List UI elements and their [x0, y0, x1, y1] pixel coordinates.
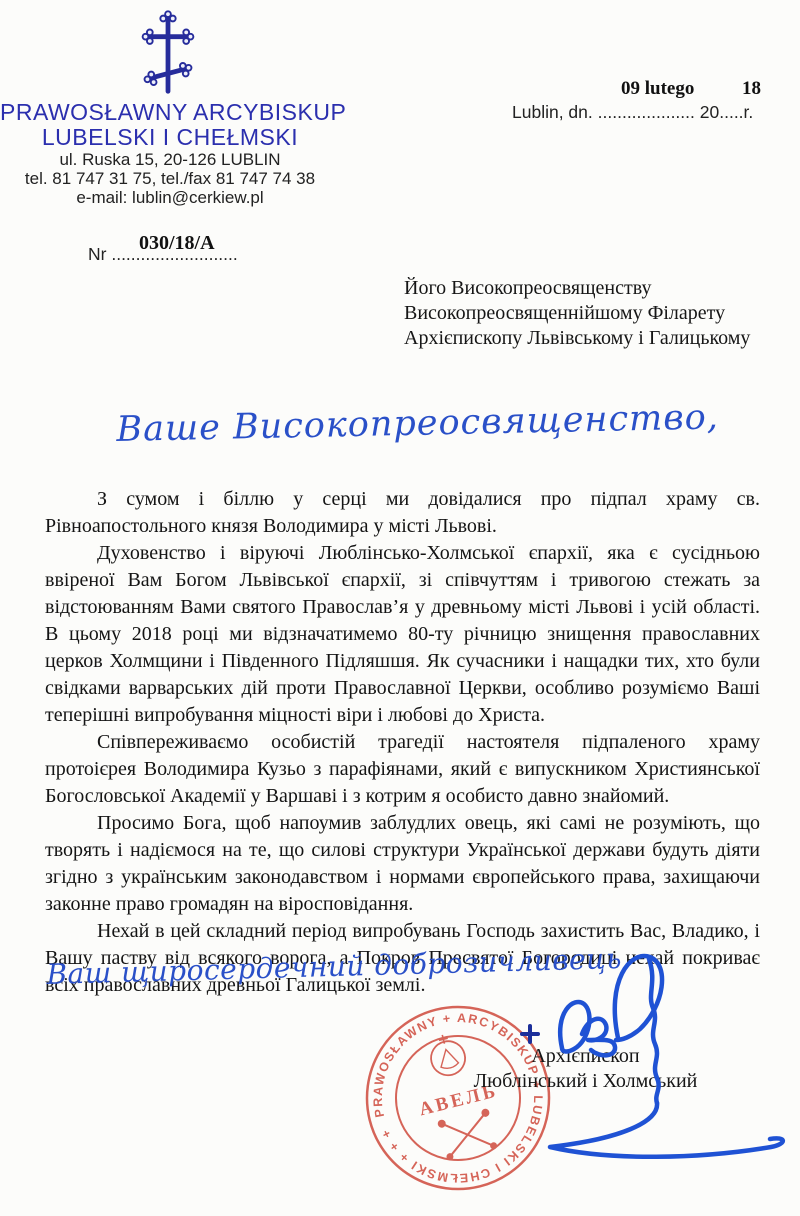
body-paragraph: Просимо Бога, щоб напоумив заблудлих ове… — [45, 810, 760, 918]
handwritten-salutation: Ваше Високопреосвященство, — [116, 397, 719, 450]
dateline-dots: .................... — [598, 102, 695, 122]
letterhead-title-line2: LUBELSKI I CHEŁMSKI — [0, 124, 340, 151]
letterhead-email: e-mail: lublin@cerkiew.pl — [0, 188, 340, 208]
year-filled-value: 18 — [742, 78, 761, 100]
dateline-template: Lublin, dn. .................... 20.....… — [512, 102, 753, 123]
letter-body: З сумом і біллю у серці ми довідалися пр… — [45, 486, 760, 999]
date-filled-value: 09 lutego — [621, 78, 694, 100]
orthodox-cross-icon — [137, 7, 199, 97]
dateline-city-label: Lublin, dn. — [512, 102, 593, 122]
bishop-signature-flourish — [518, 946, 798, 1191]
stamp-emblem-mitre-icon — [426, 1031, 469, 1079]
letterhead-title-line1: PRAWOSŁAWNY ARCYBISKUP — [0, 99, 340, 126]
letterhead-phone: tel. 81 747 31 75, tel./fax 81 747 74 38 — [0, 169, 340, 189]
letterhead-address: ul. Ruska 15, 20-126 LUBLIN — [0, 150, 340, 170]
signature-cross-icon — [522, 1026, 538, 1042]
recipient-block: Його Високопреосвященству Високопреосвящ… — [404, 276, 750, 351]
reference-label: Nr — [88, 244, 106, 264]
body-paragraph: З сумом і біллю у серці ми довідалися пр… — [45, 486, 760, 540]
body-paragraph: Співпереживаємо особистій трагедії насто… — [45, 729, 760, 810]
letter-page: PRAWOSŁAWNY ARCYBISKUP LUBELSKI I CHEŁMS… — [0, 0, 800, 1216]
reference-dots: .......................... — [111, 244, 237, 264]
reference-line: Nr .......................... — [88, 244, 238, 265]
dateline-year-line: 20.....r. — [700, 102, 754, 122]
body-paragraph: Духовенство і віруючі Люблінсько-Холмськ… — [45, 540, 760, 729]
recipient-line: Архієпископу Львівському і Галицькому — [404, 326, 750, 351]
recipient-line: Його Високопреосвященству — [404, 276, 750, 301]
recipient-line: Високопреосвященнійшому Філарету — [404, 301, 750, 326]
